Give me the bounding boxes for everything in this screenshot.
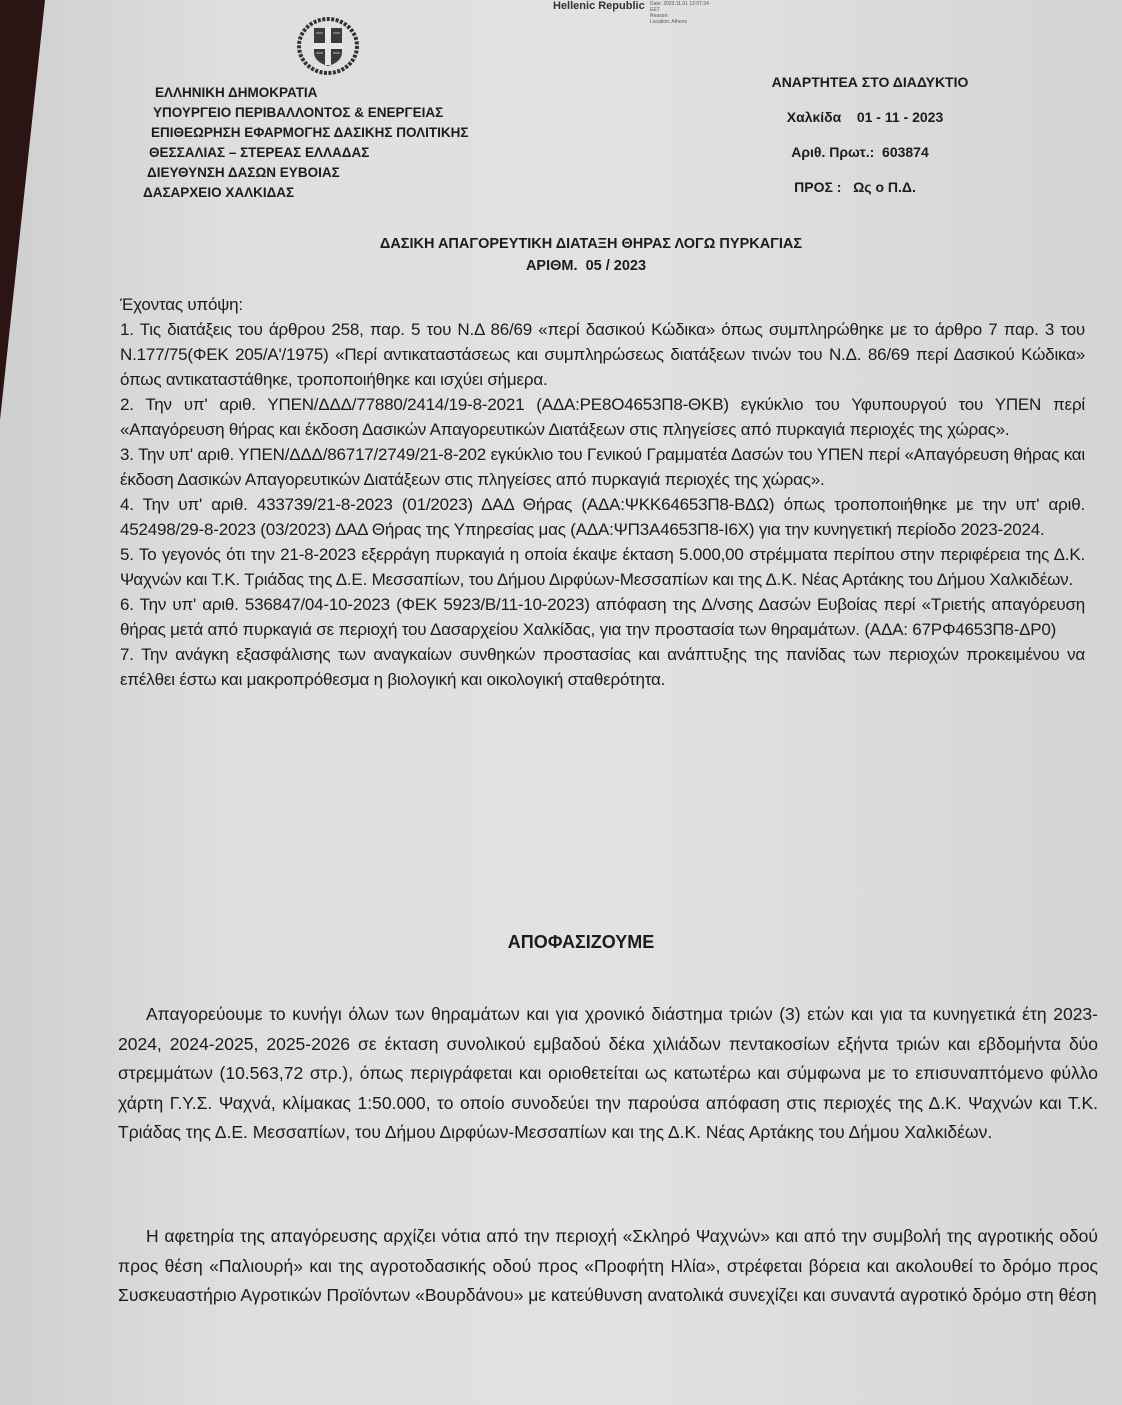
org-line: ΔΙΕΥΘΥΝΣΗ ΔΑΣΩΝ ΕΥΒΟΙΑΣ [147,163,469,183]
org-line: ΥΠΟΥΡΓΕΙΟ ΠΕΡΙΒΑΛΛΟΝΤΟΣ & ΕΝΕΡΓΕΙΑΣ [153,103,469,123]
consideration-item: 4. Την υπ' αριθ. 433739/21-8-2023 (01/20… [120,492,1085,542]
issuing-authority: ΕΛΛΗΝΙΚΗ ΔΗΜΟΚΡΑΤΙΑ ΥΠΟΥΡΓΕΙΟ ΠΕΡΙΒΑΛΛΟΝ… [143,83,469,203]
greek-coat-of-arms-icon [296,16,360,76]
document-meta: ΑΝΑΡΤΗΤΕΑ ΣΤΟ ΔΙΑΔΥΚΤΙΟ Χαλκίδα 01 - 11 … [720,74,1020,214]
org-line: ΘΕΣΣΑΛΙΑΣ – ΣΤΕΡΕΑΣ ΕΛΛΑΔΑΣ [149,143,469,163]
recipient: ΠΡΟΣ : Ως ο Π.Δ. [690,179,1020,205]
place-date: Χαλκίδα 01 - 11 - 2023 [710,109,1020,135]
decision-text: Η αφετηρία της απαγόρευσης αρχίζει νότια… [118,1222,1098,1311]
document-number: ΑΡΙΘΜ. 05 / 2023 [25,258,1122,274]
decision-heading: ΑΠΟΦΑΣΙΖΟΥΜΕ [0,932,1122,953]
org-line: ΕΠΙΘΕΩΡΗΣΗ ΕΦΑΡΜΟΓΗΣ ΔΑΣΙΚΗΣ ΠΟΛΙΤΙΚΗΣ [151,123,469,143]
protocol-number: Αριθ. Πρωτ.: 603874 [700,144,1020,170]
considering-label: Έχοντας υπόψη: [120,292,1085,317]
digital-signature-issuer: Hellenic Republic [553,0,645,12]
consideration-item: 7. Την ανάγκη εξασφάλισης των αναγκαίων … [120,642,1085,692]
signature-location: Location: Athens [650,19,709,25]
posting-note: ΑΝΑΡΤΗΤΕΑ ΣΤΟ ΔΙΑΔΥΚΤΙΟ [720,74,1020,100]
consideration-item: 6. Την υπ' αριθ. 536847/04-10-2023 (ΦΕΚ … [120,592,1085,642]
consideration-item: 5. Το γεγονός ότι την 21-8-2023 εξερράγη… [120,542,1085,592]
digital-signature-meta: Date: 2023.11.01 12:07:34 EET Reason: Lo… [650,1,709,25]
consideration-item: 3. Την υπ' αριθ. ΥΠΕΝ/ΔΔΔ/86717/2749/21-… [120,442,1085,492]
consideration-item: 1. Τις διατάξεις του άρθρου 258, παρ. 5 … [120,317,1085,392]
decision-paragraph: Η αφετηρία της απαγόρευσης αρχίζει νότια… [118,1222,1098,1311]
decision-text: Απαγορεύουμε το κυνήγι όλων των θηραμάτω… [118,1000,1098,1148]
desk-edge [0,0,60,420]
considerations: Έχοντας υπόψη: 1. Τις διατάξεις του άρθρ… [120,292,1085,692]
decision-paragraph: Απαγορεύουμε το κυνήγι όλων των θηραμάτω… [118,1000,1098,1148]
org-line: ΕΛΛΗΝΙΚΗ ΔΗΜΟΚΡΑΤΙΑ [155,83,469,103]
org-line: ΔΑΣΑΡΧΕΙΟ ΧΑΛΚΙΔΑΣ [143,183,469,203]
document-title: ΔΑΣΙΚΗ ΑΠΑΓΟΡΕΥΤΙΚΗ ΔΙΑΤΑΞΗ ΘΗΡΑΣ ΛΟΓΩ Π… [30,236,1122,252]
consideration-item: 2. Την υπ' αριθ. ΥΠΕΝ/ΔΔΔ/77880/2414/19-… [120,392,1085,442]
